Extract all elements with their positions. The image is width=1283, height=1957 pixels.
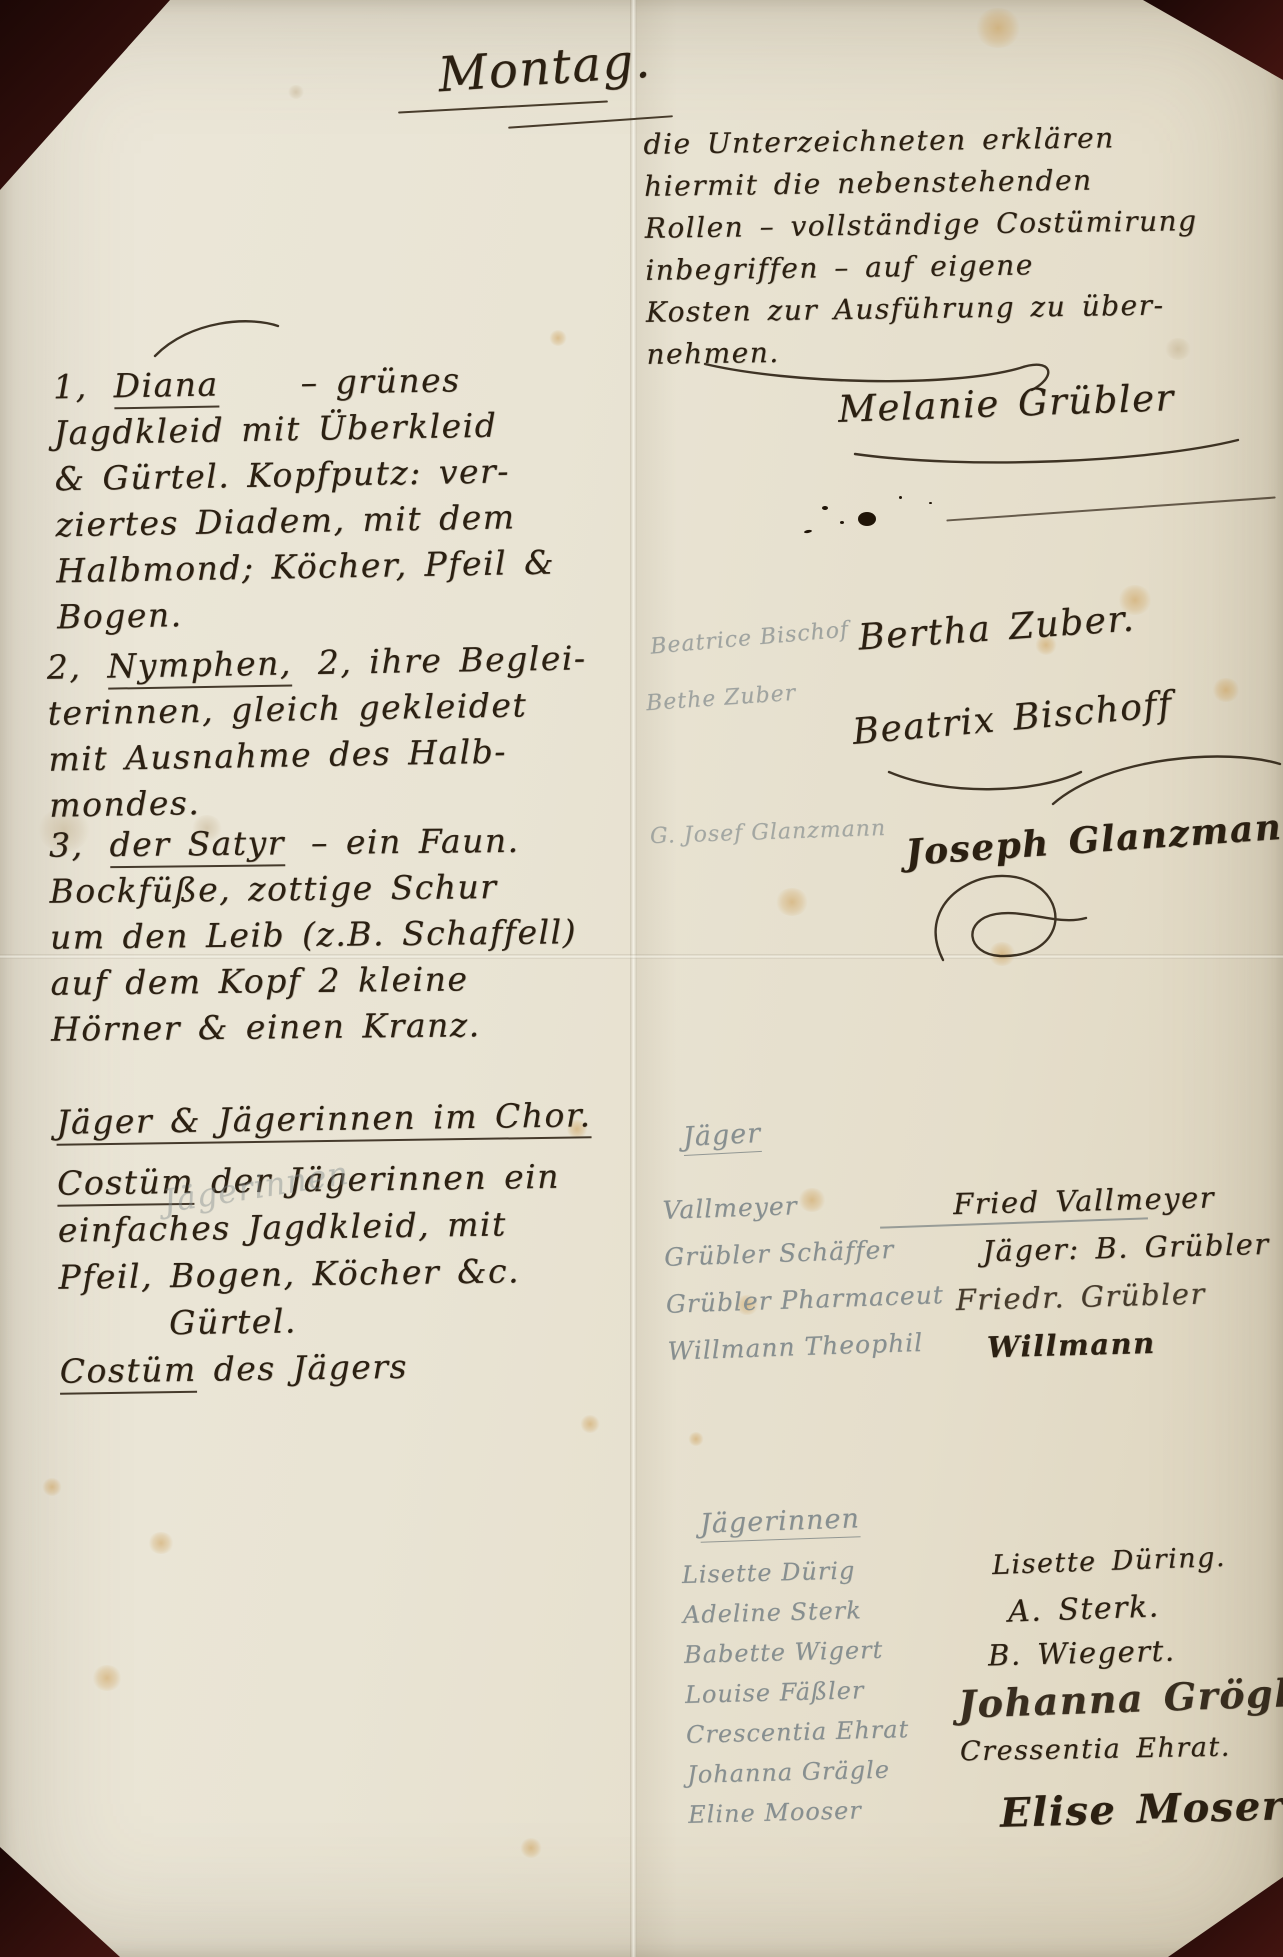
stain-spot — [688, 1432, 704, 1446]
jaegerinnen-pencil-name: Johanna Grägle — [687, 1749, 911, 1795]
jaegerinnen-pencil-name: Babette Wigert — [683, 1629, 907, 1675]
jaegerinnen-ink-signature: A. Sterk. — [1007, 1589, 1160, 1629]
role-name: Diana — [113, 364, 219, 409]
stain-spot — [549, 330, 567, 346]
ink-speckle — [929, 502, 932, 504]
flourish-above-diana — [150, 312, 285, 360]
stain-spot — [580, 1415, 600, 1433]
jaegerinnen-heading-text: Jägerinnen — [700, 1503, 861, 1543]
item-number: 1, — [53, 367, 88, 407]
role-name: der Satyr — [109, 823, 285, 868]
role-line: terinnen, gleich gekleidet — [47, 681, 587, 736]
ink-speckle — [840, 521, 844, 524]
declaration-paragraph: die Unterzeichneten erklären hiermit die… — [643, 116, 1199, 376]
jaeger-heading: Jäger — [682, 1118, 762, 1153]
stain-spot — [148, 1532, 174, 1554]
jaeger-ink-signature: Fried Vallmeyer — [953, 1172, 1269, 1228]
item-number: 2, — [46, 647, 81, 687]
chor-line: Gürtel. — [59, 1293, 595, 1347]
role-line: Hörner & einen Kranz. — [51, 1001, 578, 1053]
signature-text: Cressentia Ehrat. — [960, 1732, 1231, 1768]
role-item-1: 1,Diana– grünes Jagdkleid mit Überkleid … — [53, 356, 556, 641]
chor-line-rest: des Jägers — [196, 1347, 408, 1389]
jaeger-pencil-name: Willmann Theophil — [667, 1318, 947, 1375]
vertical-fold-crease — [630, 0, 637, 1957]
jaegerinnen-heading: Jägerinnen — [700, 1503, 861, 1540]
stain-spot — [975, 8, 1021, 48]
role-line: auf dem Kopf 2 kleine — [50, 955, 577, 1007]
signature-text: Elise Moser — [999, 1782, 1283, 1836]
role-line: 3,der Satyr– ein Faun. — [49, 817, 576, 869]
role-line-rest: – grünes — [300, 360, 461, 402]
jaegerinnen-ink-signature: Elise Moser — [999, 1782, 1283, 1836]
jaeger-ink-signature: Friedr. Grübler — [955, 1268, 1271, 1324]
declaration-line: Rollen – vollständige Costümirung — [644, 200, 1197, 250]
jaeger-heading-text: Jäger — [682, 1118, 762, 1156]
stain-spot — [92, 1665, 122, 1691]
chor-line: Costüm des Jägers — [59, 1340, 595, 1394]
chor-line: einfaches Jagdkleid, mit — [57, 1199, 593, 1253]
ink-speckle — [899, 496, 902, 499]
stain-spot — [520, 1838, 542, 1858]
role-name: Nymphen, — [107, 643, 292, 689]
role-item-3: 3,der Satyr– ein Faun. Bockfüße, zottige… — [49, 817, 578, 1053]
jaegerinnen-pencil-name: Crescentia Ehrat — [686, 1709, 910, 1755]
signature-text: B. Wiegert. — [988, 1634, 1176, 1673]
jaegerinnen-ink-signature: B. Wiegert. — [988, 1634, 1176, 1673]
jaeger-ink-signature: Jäger: B. Grübler — [954, 1220, 1270, 1276]
flourish-joseph-loops — [918, 858, 1093, 973]
jaegerinnen-pencil-name: Adeline Sterk — [682, 1589, 906, 1635]
item-number: 3, — [49, 825, 84, 864]
stain-spot — [42, 1478, 62, 1496]
jaegerinnen-ink-signature: Cressentia Ehrat. — [960, 1732, 1231, 1768]
jaegerinnen-pencil-names: Lisette Dürig Adeline Sterk Babette Wige… — [681, 1549, 911, 1835]
costume-label: Costüm — [59, 1350, 196, 1395]
role-item-2: 2,Nymphen,2, ihre Beglei- terinnen, glei… — [46, 635, 589, 828]
jaeger-ink-signature: Willmann — [956, 1316, 1272, 1372]
flourish-curl-right — [1048, 742, 1283, 812]
role-line: Bogen. — [57, 586, 556, 641]
role-line-rest: 2, ihre Beglei- — [317, 638, 586, 682]
flourish-under-melanie — [850, 432, 1245, 472]
role-line: um den Leib (z.B. Schaffell) — [50, 909, 577, 961]
chor-section: Jäger & Jägerinnen im Chor. Costüm der J… — [56, 1091, 595, 1394]
ink-speckle — [822, 506, 828, 510]
jaegerinnen-pencil-name: Louise Fäßler — [685, 1669, 909, 1715]
chor-heading: Jäger & Jägerinnen im Chor. — [56, 1091, 592, 1145]
ink-blot — [858, 512, 876, 526]
role-line: Halbmond; Köcher, Pfeil & — [56, 540, 555, 595]
declaration-line: Kosten zur Ausführung zu über- — [646, 284, 1199, 334]
stain-spot — [775, 888, 809, 916]
chor-line: Pfeil, Bogen, Köcher &c. — [58, 1246, 594, 1300]
jaeger-pencil-names: Vallmeyer Grübler Schäffer Grübler Pharm… — [662, 1177, 946, 1375]
stain-spot — [1212, 678, 1240, 702]
chor-heading-text: Jäger & Jägerinnen im Chor. — [56, 1095, 592, 1145]
role-line: Bockfüße, zottige Schur — [49, 863, 576, 915]
declaration-line: die Unterzeichneten erklären — [643, 116, 1196, 166]
stain-spot — [288, 85, 304, 99]
jaeger-ink-signatures: Fried Vallmeyer Jäger: B. Grübler Friedr… — [953, 1172, 1273, 1372]
signature-text: A. Sterk. — [1007, 1589, 1160, 1629]
jaegerinnen-pencil-name: Eline Mooser — [688, 1789, 912, 1835]
jaegerinnen-pencil-name: Lisette Dürig — [681, 1549, 905, 1595]
role-line-rest: – ein Faun. — [311, 821, 520, 862]
document-photo: Montag. die Unterzeichneten erklären hie… — [0, 0, 1283, 1957]
